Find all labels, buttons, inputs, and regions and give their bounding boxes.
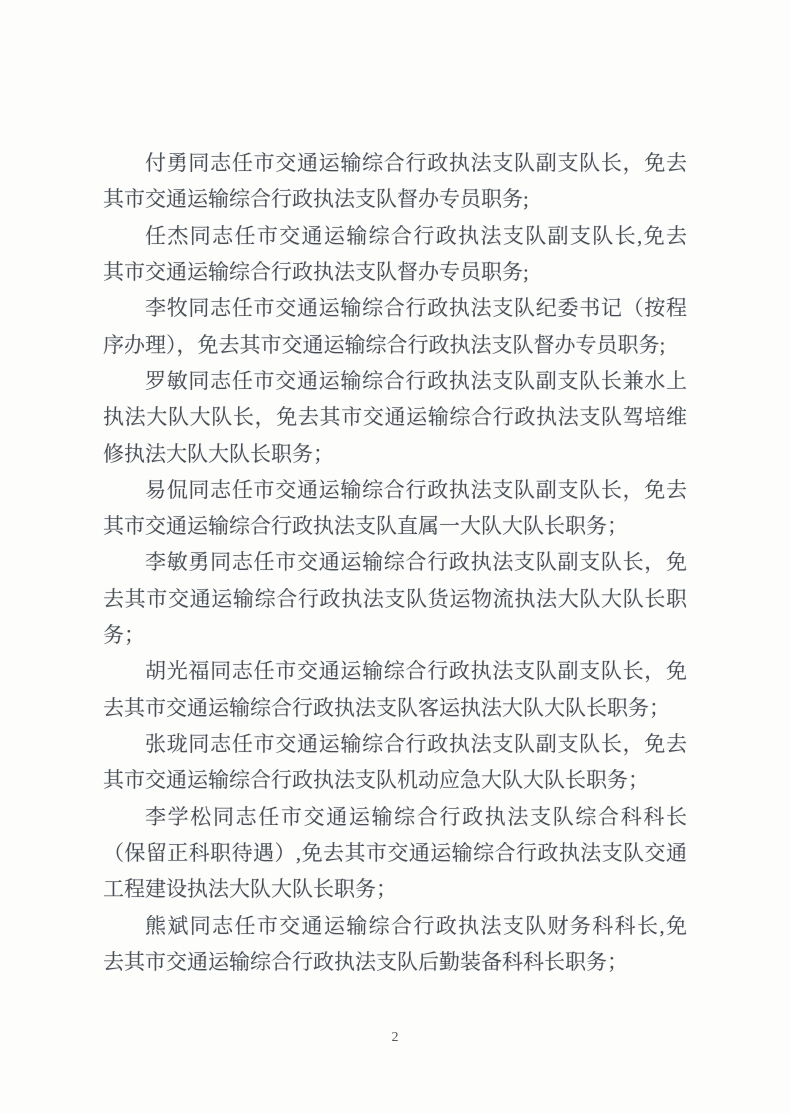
text-line: 李敏勇同志任市交通运输综合行政执法支队副支队长，免: [103, 544, 687, 580]
text-line: 工程建设执法大队大队长职务；: [103, 871, 687, 907]
text-line: 罗敏同志任市交通运输综合行政执法支队副支队长兼水上: [103, 363, 687, 399]
text-line: 张珑同志任市交通运输综合行政执法支队副支队长，免去: [103, 726, 687, 762]
text-line: 序办理），免去其市交通运输综合行政执法支队督办专员职务;: [103, 327, 687, 363]
text-line: 其市交通运输综合行政执法支队直属一大队大队长职务；: [103, 508, 687, 544]
text-line: 付勇同志任市交通运输综合行政执法支队副支队长，免去: [103, 145, 687, 181]
text-line: 李学松同志任市交通运输综合行政执法支队综合科科长: [103, 799, 687, 835]
document-paragraph: 易侃同志任市交通运输综合行政执法支队副支队长，免去其市交通运输综合行政执法支队直…: [103, 472, 687, 545]
text-line: 其市交通运输综合行政执法支队督办专员职务;: [103, 181, 687, 217]
document-page: 付勇同志任市交通运输综合行政执法支队副支队长，免去其市交通运输综合行政执法支队督…: [0, 0, 790, 1114]
text-line: 修执法大队大队长职务；: [103, 436, 687, 472]
document-paragraph: 李牧同志任市交通运输综合行政执法支队纪委书记（按程序办理），免去其市交通运输综合…: [103, 290, 687, 363]
page-number: 2: [392, 1030, 399, 1045]
text-line: 其市交通运输综合行政执法支队督办专员职务;: [103, 254, 687, 290]
text-line: 熊斌同志任市交通运输综合行政执法支队财务科科长,免: [103, 908, 687, 944]
text-line: 去其市交通运输综合行政执法支队后勤装备科科长职务；: [103, 944, 687, 980]
document-paragraph: 李学松同志任市交通运输综合行政执法支队综合科科长（保留正科职待遇）,免去其市交通…: [103, 799, 687, 908]
document-paragraph: 罗敏同志任市交通运输综合行政执法支队副支队长兼水上执法大队大队长，免去其市交通运…: [103, 363, 687, 472]
document-paragraph: 熊斌同志任市交通运输综合行政执法支队财务科科长,免去其市交通运输综合行政执法支队…: [103, 908, 687, 981]
document-paragraph: 张珑同志任市交通运输综合行政执法支队副支队长，免去其市交通运输综合行政执法支队机…: [103, 726, 687, 799]
page-footer: 2: [0, 1028, 790, 1046]
document-paragraph: 胡光福同志任市交通运输综合行政执法支队副支队长，免去其市交通运输综合行政执法支队…: [103, 653, 687, 726]
text-line: 胡光福同志任市交通运输综合行政执法支队副支队长，免: [103, 653, 687, 689]
text-line: 务；: [103, 617, 687, 653]
text-line: 去其市交通运输综合行政执法支队客运执法大队大队长职务；: [103, 690, 687, 726]
text-line: （保留正科职待遇）,免去其市交通运输综合行政执法支队交通: [103, 835, 687, 871]
text-line: 执法大队大队长，免去其市交通运输综合行政执法支队驾培维: [103, 399, 687, 435]
text-line: 去其市交通运输综合行政执法支队货运物流执法大队大队长职: [103, 581, 687, 617]
text-line: 任杰同志任市交通运输综合行政执法支队副支队长,免去: [103, 218, 687, 254]
document-paragraph: 付勇同志任市交通运输综合行政执法支队副支队长，免去其市交通运输综合行政执法支队督…: [103, 145, 687, 218]
document-body: 付勇同志任市交通运输综合行政执法支队副支队长，免去其市交通运输综合行政执法支队督…: [103, 145, 687, 980]
text-line: 易侃同志任市交通运输综合行政执法支队副支队长，免去: [103, 472, 687, 508]
document-paragraph: 李敏勇同志任市交通运输综合行政执法支队副支队长，免去其市交通运输综合行政执法支队…: [103, 544, 687, 653]
document-paragraph: 任杰同志任市交通运输综合行政执法支队副支队长,免去其市交通运输综合行政执法支队督…: [103, 218, 687, 291]
text-line: 其市交通运输综合行政执法支队机动应急大队大队长职务；: [103, 762, 687, 798]
text-line: 李牧同志任市交通运输综合行政执法支队纪委书记（按程: [103, 290, 687, 326]
